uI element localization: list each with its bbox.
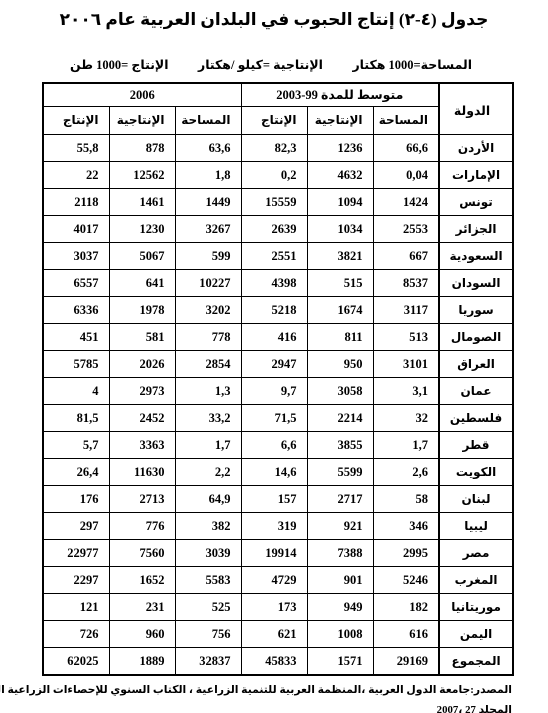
value-cell: 5583 — [175, 567, 241, 594]
value-cell: 1,3 — [175, 378, 241, 405]
value-cell: 1571 — [307, 648, 373, 676]
value-cell: 921 — [307, 513, 373, 540]
country-cell: موريتانيا — [439, 594, 513, 621]
unit-production: الإنتاج =1000 طن — [70, 57, 169, 73]
country-cell: تونس — [439, 189, 513, 216]
country-row: الجزائر255310342639326712304017 — [43, 216, 513, 243]
value-cell: 6557 — [43, 270, 109, 297]
value-cell: 346 — [373, 513, 439, 540]
value-cell: 297 — [43, 513, 109, 540]
value-cell: 2973 — [109, 378, 175, 405]
country-row: تونس1424109415559144914612118 — [43, 189, 513, 216]
value-cell: 32 — [373, 405, 439, 432]
table-container: الدولة متوسط للمدة 99‏-2003 2006 المساحة… — [42, 82, 512, 676]
value-cell: 4017 — [43, 216, 109, 243]
total-row: المجموع2916915714583332837188962025 — [43, 648, 513, 676]
value-cell: 515 — [307, 270, 373, 297]
value-cell: 2297 — [43, 567, 109, 594]
value-cell: 3037 — [43, 243, 109, 270]
source-note: المصدر:جامعة الدول العربية ،المنظمة العر… — [0, 681, 512, 713]
country-cell: السعودية — [439, 243, 513, 270]
value-cell: 901 — [307, 567, 373, 594]
country-cell: مصر — [439, 540, 513, 567]
value-cell: 1674 — [307, 297, 373, 324]
value-cell: 3058 — [307, 378, 373, 405]
value-cell: 2947 — [241, 351, 307, 378]
value-cell: 3101 — [373, 351, 439, 378]
avg-productivity-header: الإنتاجية — [307, 107, 373, 135]
value-cell: 26,4 — [43, 459, 109, 486]
country-cell: المغرب — [439, 567, 513, 594]
country-row: اليمن6161008621756960726 — [43, 621, 513, 648]
value-cell: 1652 — [109, 567, 175, 594]
value-cell: 525 — [175, 594, 241, 621]
value-cell: 157 — [241, 486, 307, 513]
page-title: جدول (٤-٢) إنتاج الحبوب في البلدان العرب… — [0, 10, 548, 30]
units-note: المساحة=1000 هكتار الإنتاجية =كيلو /هكتا… — [70, 57, 472, 73]
country-cell: فلسطين — [439, 405, 513, 432]
value-cell: 2026 — [109, 351, 175, 378]
value-cell: 5067 — [109, 243, 175, 270]
value-cell: 66,6 — [373, 135, 439, 162]
value-cell: 776 — [109, 513, 175, 540]
value-cell: 960 — [109, 621, 175, 648]
value-cell: 3267 — [175, 216, 241, 243]
country-row: الأردن66,6123682,363,687855,8 — [43, 135, 513, 162]
value-cell: 581 — [109, 324, 175, 351]
value-cell: 416 — [241, 324, 307, 351]
country-row: موريتانيا182949173525231121 — [43, 594, 513, 621]
y2006-area-header: المساحة — [175, 107, 241, 135]
value-cell: 63,6 — [175, 135, 241, 162]
value-cell: 58 — [373, 486, 439, 513]
country-cell: الكويت — [439, 459, 513, 486]
value-cell: 641 — [109, 270, 175, 297]
value-cell: 82,3 — [241, 135, 307, 162]
country-row: العراق31019502947285420265785 — [43, 351, 513, 378]
source-line-1: المصدر:جامعة الدول العربية ،المنظمة العر… — [0, 681, 512, 701]
country-row: الكويت2,6559914,62,21163026,4 — [43, 459, 513, 486]
country-row: السعودية6673821255159950673037 — [43, 243, 513, 270]
value-cell: 2118 — [43, 189, 109, 216]
country-cell: الجزائر — [439, 216, 513, 243]
value-cell: 621 — [241, 621, 307, 648]
country-row: الإمارات0,0446320,21,81256222 — [43, 162, 513, 189]
value-cell: 7560 — [109, 540, 175, 567]
value-cell: 9,7 — [241, 378, 307, 405]
value-cell: 15559 — [241, 189, 307, 216]
country-row: فلسطين32221471,533,2245281,5 — [43, 405, 513, 432]
value-cell: 5785 — [43, 351, 109, 378]
value-cell: 513 — [373, 324, 439, 351]
value-cell: 176 — [43, 486, 109, 513]
value-cell: 1424 — [373, 189, 439, 216]
value-cell: 1978 — [109, 297, 175, 324]
value-cell: 4729 — [241, 567, 307, 594]
value-cell: 5599 — [307, 459, 373, 486]
country-row: الصومال513811416778581451 — [43, 324, 513, 351]
value-cell: 231 — [109, 594, 175, 621]
value-cell: 0,2 — [241, 162, 307, 189]
country-cell: العراق — [439, 351, 513, 378]
value-cell: 3,1 — [373, 378, 439, 405]
value-cell: 3821 — [307, 243, 373, 270]
value-cell: 2717 — [307, 486, 373, 513]
country-cell: المجموع — [439, 648, 513, 676]
value-cell: 173 — [241, 594, 307, 621]
value-cell: 62025 — [43, 648, 109, 676]
value-cell: 121 — [43, 594, 109, 621]
value-cell: 1230 — [109, 216, 175, 243]
value-cell: 1,7 — [175, 432, 241, 459]
value-cell: 6,6 — [241, 432, 307, 459]
value-cell: 12562 — [109, 162, 175, 189]
value-cell: 726 — [43, 621, 109, 648]
value-cell: 6336 — [43, 297, 109, 324]
value-cell: 1008 — [307, 621, 373, 648]
value-cell: 2,6 — [373, 459, 439, 486]
y2006-production-header: الإنتاج — [43, 107, 109, 135]
value-cell: 3855 — [307, 432, 373, 459]
value-cell: 1094 — [307, 189, 373, 216]
value-cell: 3117 — [373, 297, 439, 324]
country-cell: الإمارات — [439, 162, 513, 189]
value-cell: 2214 — [307, 405, 373, 432]
country-row: عمان3,130589,71,329734 — [43, 378, 513, 405]
unit-productivity: الإنتاجية =كيلو /هكتار — [198, 57, 323, 73]
value-cell: 2452 — [109, 405, 175, 432]
value-cell: 319 — [241, 513, 307, 540]
country-row: لبنان58271715764,92713176 — [43, 486, 513, 513]
value-cell: 1449 — [175, 189, 241, 216]
country-cell: قطر — [439, 432, 513, 459]
value-cell: 5218 — [241, 297, 307, 324]
value-cell: 81,5 — [43, 405, 109, 432]
value-cell: 2995 — [373, 540, 439, 567]
value-cell: 1,7 — [373, 432, 439, 459]
value-cell: 3363 — [109, 432, 175, 459]
country-row: المغرب52469014729558316522297 — [43, 567, 513, 594]
value-cell: 29169 — [373, 648, 439, 676]
value-cell: 22977 — [43, 540, 109, 567]
year-2006-group-header: 2006 — [43, 83, 241, 107]
value-cell: 811 — [307, 324, 373, 351]
country-cell: لبنان — [439, 486, 513, 513]
value-cell: 599 — [175, 243, 241, 270]
value-cell: 451 — [43, 324, 109, 351]
avg-period-group-header: متوسط للمدة 99‏-2003 — [241, 83, 439, 107]
value-cell: 182 — [373, 594, 439, 621]
value-cell: 71,5 — [241, 405, 307, 432]
value-cell: 1889 — [109, 648, 175, 676]
country-row: ليبيا346921319382776297 — [43, 513, 513, 540]
avg-area-header: المساحة — [373, 107, 439, 135]
value-cell: 45833 — [241, 648, 307, 676]
value-cell: 5246 — [373, 567, 439, 594]
value-cell: 878 — [109, 135, 175, 162]
group-header-row: الدولة متوسط للمدة 99‏-2003 2006 — [43, 83, 513, 107]
value-cell: 778 — [175, 324, 241, 351]
source-line-2: المجلد 27 ،2007 — [0, 701, 512, 713]
value-cell: 14,6 — [241, 459, 307, 486]
table-body: الأردن66,6123682,363,687855,8الإمارات0,0… — [43, 135, 513, 676]
value-cell: 950 — [307, 351, 373, 378]
country-row: سوريا311716745218320219786336 — [43, 297, 513, 324]
grains-table: الدولة متوسط للمدة 99‏-2003 2006 المساحة… — [42, 82, 514, 676]
country-cell: الصومال — [439, 324, 513, 351]
value-cell: 7388 — [307, 540, 373, 567]
value-cell: 19914 — [241, 540, 307, 567]
value-cell: 32837 — [175, 648, 241, 676]
value-cell: 2639 — [241, 216, 307, 243]
value-cell: 11630 — [109, 459, 175, 486]
value-cell: 667 — [373, 243, 439, 270]
value-cell: 2551 — [241, 243, 307, 270]
value-cell: 1236 — [307, 135, 373, 162]
value-cell: 2,2 — [175, 459, 241, 486]
value-cell: 3202 — [175, 297, 241, 324]
value-cell: 1034 — [307, 216, 373, 243]
value-cell: 756 — [175, 621, 241, 648]
value-cell: 949 — [307, 594, 373, 621]
value-cell: 4632 — [307, 162, 373, 189]
value-cell: 5,7 — [43, 432, 109, 459]
value-cell: 33,2 — [175, 405, 241, 432]
value-cell: 1,8 — [175, 162, 241, 189]
country-row: قطر1,738556,61,733635,7 — [43, 432, 513, 459]
value-cell: 4 — [43, 378, 109, 405]
country-row: السودان85375154398102276416557 — [43, 270, 513, 297]
avg-production-header: الإنتاج — [241, 107, 307, 135]
country-cell: السودان — [439, 270, 513, 297]
country-cell: ليبيا — [439, 513, 513, 540]
country-row: مصر29957388199143039756022977 — [43, 540, 513, 567]
value-cell: 382 — [175, 513, 241, 540]
value-cell: 2854 — [175, 351, 241, 378]
value-cell: 616 — [373, 621, 439, 648]
value-cell: 64,9 — [175, 486, 241, 513]
country-cell: سوريا — [439, 297, 513, 324]
value-cell: 2713 — [109, 486, 175, 513]
value-cell: 10227 — [175, 270, 241, 297]
country-cell: عمان — [439, 378, 513, 405]
value-cell: 3039 — [175, 540, 241, 567]
country-cell: اليمن — [439, 621, 513, 648]
country-cell: الأردن — [439, 135, 513, 162]
value-cell: 55,8 — [43, 135, 109, 162]
unit-area: المساحة=1000 هكتار — [352, 57, 472, 73]
value-cell: 0,04 — [373, 162, 439, 189]
value-cell: 22 — [43, 162, 109, 189]
value-cell: 1461 — [109, 189, 175, 216]
value-cell: 8537 — [373, 270, 439, 297]
y2006-productivity-header: الإنتاجية — [109, 107, 175, 135]
value-cell: 4398 — [241, 270, 307, 297]
country-column-header: الدولة — [439, 83, 513, 135]
value-cell: 2553 — [373, 216, 439, 243]
